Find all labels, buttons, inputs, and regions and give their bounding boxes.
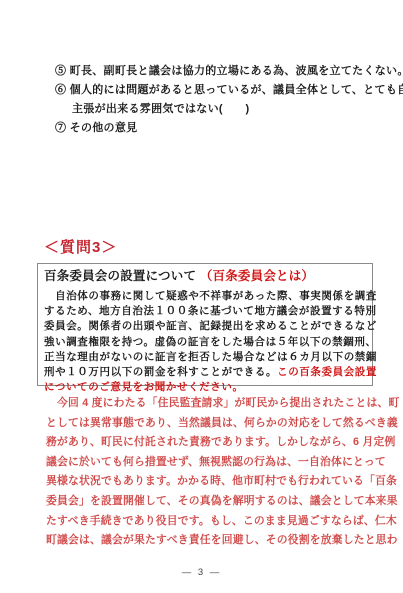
survey-option-6: ⑥ 個人的には問題があると思っているが、議員全体として、とても自己	[55, 81, 367, 100]
info-box-line: 強い調査権限を持つ。虚偽の証言をした場合は５年以下の禁錮刑、	[44, 335, 366, 350]
opinion-line: 今回 4 度にわたる「住民監査請求」が町民から提出されたことは、町	[46, 394, 378, 414]
info-box-title-black: 百条委員会の設置について	[44, 269, 200, 283]
info-box-line: 刑や１０万円以下の罰金を科すことができる。この百条委員会設置	[44, 365, 366, 380]
question3-heading: ＜質問3＞	[44, 236, 117, 257]
opinion-line: 委員会」を設置開催して、その真偽を解明するのは、議会として本来果	[46, 492, 378, 512]
info-box-line: 自治体の事務に関して疑惑や不祥事があった際、事実関係を調査	[44, 289, 366, 304]
survey-option-6-continued: 主張が出来る雰囲気ではない( )	[55, 100, 367, 119]
opinion-line: 町議会は、議会が果たすべき責任を回避し、その役割を放棄したと思わ	[46, 531, 378, 551]
info-box-title: 百条委員会の設置について （百条委員会とは）	[44, 267, 366, 286]
info-box-line: 正当な理由がないのに証言を拒否した場合などは６カ月以下の禁錮	[44, 350, 366, 365]
opinion-line: 議会に於いても何ら措置せず、無視黙認の行為は、一自治体にとって	[46, 453, 378, 473]
survey-option-5: ⑤ 町長、副町長と議会は協力的立場にある為、波風を立てたくない。( )	[55, 62, 367, 81]
opinion-line: 務があり、町民に付託された責務であります。しかしながら、6 月定例	[46, 433, 378, 453]
article100-info-box: 百条委員会の設置について （百条委員会とは） 自治体の事務に関して疑惑や不祥事が…	[37, 263, 373, 386]
opinion-line: としては異常事態であり、当然議員は、何らかの対応をして然るべき義	[46, 414, 378, 434]
survey-option-7: ⑦ その他の意見	[55, 119, 367, 138]
opinion-line: たすべき手続きであり役目です。もし、このまま見過ごすならば、仁木	[46, 512, 378, 532]
info-box-title-red: （百条委員会とは）	[200, 269, 314, 283]
page-number: ― 3 ―	[0, 567, 403, 578]
info-box-line: 委員会。関係者の出頭や証言、記録提出を求めることができるなど	[44, 319, 366, 334]
opinion-line: 異様な状況でもあります。かかる時、他市町村でも行われている「百条	[46, 472, 378, 492]
info-box-body: 自治体の事務に関して疑惑や不祥事があった際、事実関係を調査 するため、地方自治法…	[44, 289, 366, 395]
survey-options-block: ⑤ 町長、副町長と議会は協力的立場にある為、波風を立てたくない。( ) ⑥ 個人…	[55, 62, 367, 138]
document-page: ⑤ 町長、副町長と議会は協力的立場にある為、波風を立てたくない。( ) ⑥ 個人…	[0, 0, 403, 593]
opinion-paragraph: 今回 4 度にわたる「住民監査請求」が町民から提出されたことは、町 としては異常…	[46, 394, 378, 551]
info-box-line: するため、地方自治法１００条に基づいて地方議会が設置する特別	[44, 304, 366, 319]
